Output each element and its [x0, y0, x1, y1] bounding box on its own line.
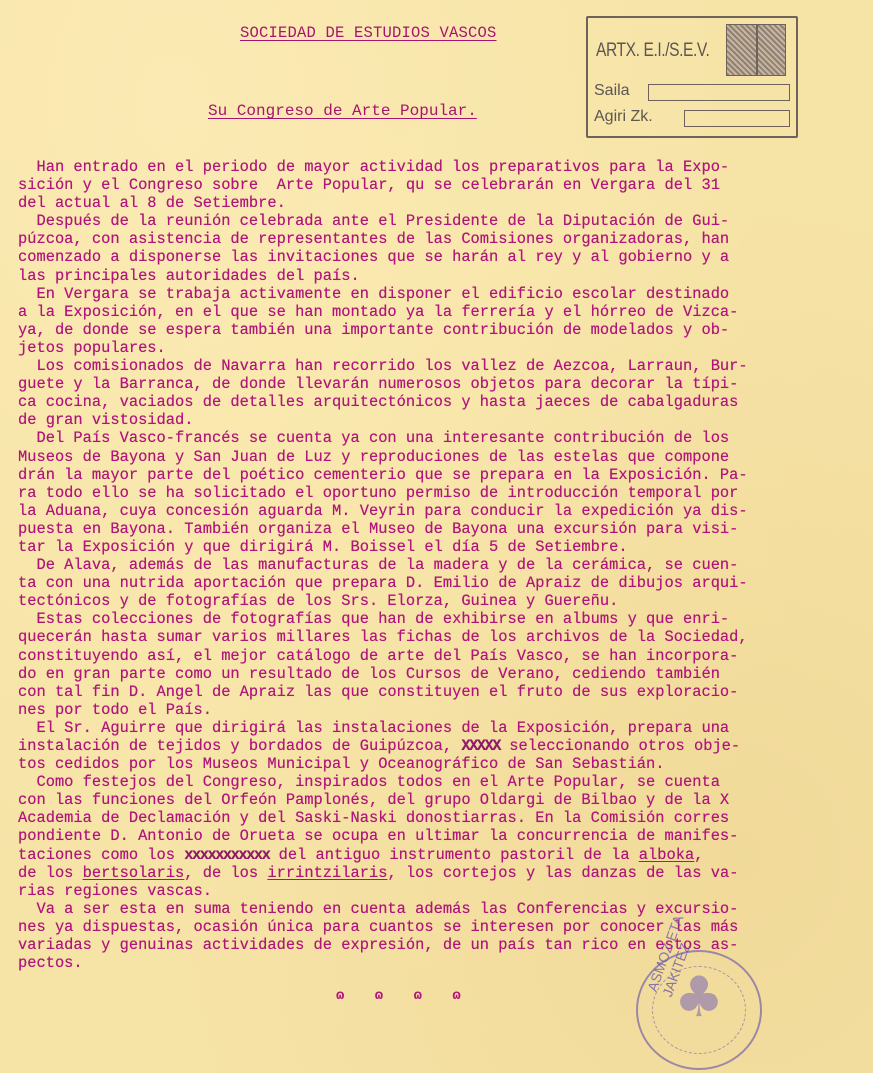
text-line: del actual al 8 de Setiembre. [18, 194, 868, 212]
text-line: constituyendo así, el mejor catálogo de … [18, 647, 868, 665]
document-body: Han entrado en el periodo de mayor activ… [18, 158, 868, 972]
text-line: tectónicos y de fotografías de los Srs. … [18, 592, 868, 610]
text-line: De Alava, además de las manufacturas de … [18, 556, 868, 574]
text-line: quecerán hasta sumar varios millares las… [18, 628, 868, 646]
text-line: comenzado a disponerse las invitaciones … [18, 248, 868, 266]
text-line: Después de la reunión celebrada ante el … [18, 212, 868, 230]
archive-code: ARTX. E.I./S.E.V. [596, 40, 709, 62]
text-line: Del País Vasco-francés se cuenta ya con … [18, 429, 868, 447]
text-line: ra todo ello se ha solicitado el oportun… [18, 484, 868, 502]
text-line: tos cedidos por los Museos Municipal y O… [18, 755, 868, 773]
agiri-label: Agiri Zk. [594, 108, 653, 125]
text-line: Va a ser esta en suma teniendo en cuenta… [18, 900, 868, 918]
text-line: a la Exposición, en el que se han montad… [18, 303, 868, 321]
text-line: Han entrado en el periodo de mayor activ… [18, 158, 868, 176]
text-line: drán la mayor parte del poético cementer… [18, 466, 868, 484]
text-line: púzcoa, con asistencia de representantes… [18, 230, 868, 248]
document-heading: SOCIEDAD DE ESTUDIOS VASCOS [240, 24, 497, 42]
text-line: nes ya dispuestas, ocasión única para cu… [18, 918, 868, 936]
text-line: de los bertsolaris, de los irrintzilaris… [18, 864, 868, 882]
text-line: taciones como los xxxxxxxxxxx del antigu… [18, 846, 868, 864]
text-line: con las funciones del Orfeón Pamplonés, … [18, 791, 868, 809]
text-line: tar la Exposición y que dirigirá M. Bois… [18, 538, 868, 556]
text-line: Academia de Declamación y del Saski-Nask… [18, 809, 868, 827]
agiri-box [684, 110, 790, 127]
text-line: puesta en Bayona. También organiza el Mu… [18, 520, 868, 538]
coat-of-arms-icon [726, 24, 786, 76]
text-line: de gran vistosidad. [18, 411, 868, 429]
text-line: ya, de donde se espera también una impor… [18, 321, 868, 339]
archive-stamp: ARTX. E.I./S.E.V. Saila Agiri Zk. [586, 16, 798, 138]
text-line: Museos de Bayona y San Juan de Luz y rep… [18, 448, 868, 466]
text-line: Los comisionados de Navarra han recorrid… [18, 357, 868, 375]
text-line: pondiente D. Antonio de Orueta se ocupa … [18, 827, 868, 845]
text-line: rias regiones vascas. [18, 882, 868, 900]
text-line: do en gran parte como un resultado de lo… [18, 665, 868, 683]
text-line: ta con una nutrida aportación que prepar… [18, 574, 868, 592]
text-line: variadas y genuinas actividades de expre… [18, 936, 868, 954]
text-line: las principales autoridades del país. [18, 267, 868, 285]
text-line: En Vergara se trabaja activamente en dis… [18, 285, 868, 303]
agiri-field: Agiri Zk. [594, 108, 653, 126]
text-line: la Aduana, cuya concesión aguarda M. Vey… [18, 502, 868, 520]
text-line: Como festejos del Congreso, inspirados t… [18, 773, 868, 791]
text-line: guete y la Barranca, de donde llevarán n… [18, 375, 868, 393]
text-line: nes por todo el País. [18, 701, 868, 719]
round-seal-stamp: ♣ ASMOZ ETA JAKITEZ [636, 950, 762, 1070]
saila-box [648, 84, 790, 101]
text-line: El Sr. Aguirre que dirigirá las instalac… [18, 719, 868, 737]
document-subheading: Su Congreso de Arte Popular. [208, 102, 477, 120]
text-line: Estas colecciones de fotografías que han… [18, 610, 868, 628]
saila-field: Saila [594, 82, 630, 100]
end-marks: ɷ ɷ ɷ ɷ [336, 988, 461, 1004]
saila-label: Saila [594, 82, 630, 99]
text-line: sición y el Congreso sobre Arte Popular,… [18, 176, 868, 194]
text-line: con tal fin D. Angel de Apraiz las que c… [18, 683, 868, 701]
text-line: jetos populares. [18, 339, 868, 357]
text-line: ca cocina, vaciados de detalles arquitec… [18, 393, 868, 411]
text-line: instalación de tejidos y bordados de Gui… [18, 737, 868, 755]
